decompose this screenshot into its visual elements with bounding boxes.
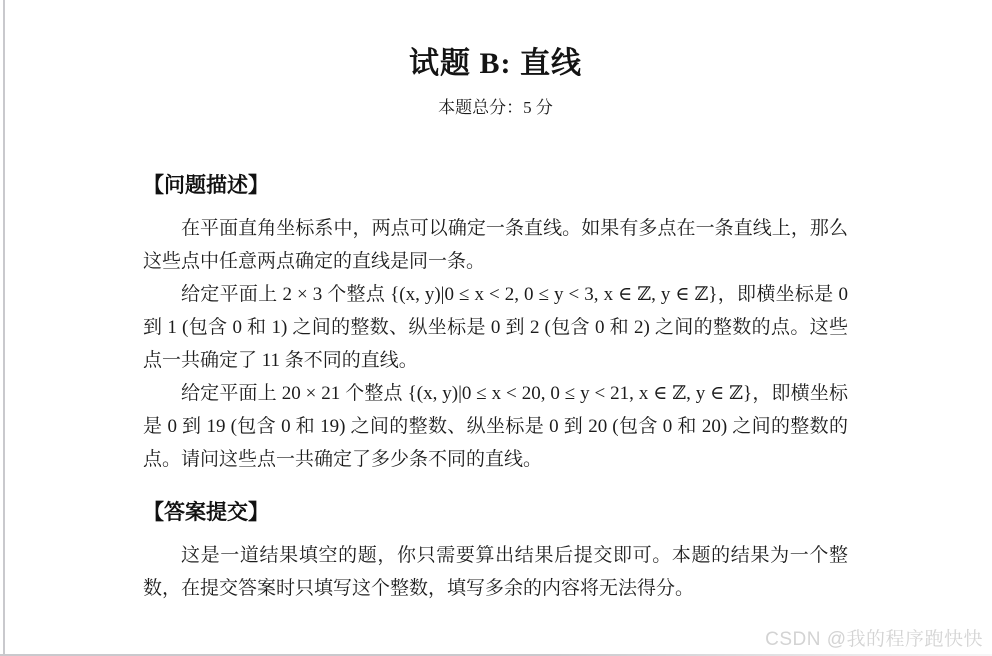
section-heading-problem-description: 【问题描述】 (143, 172, 848, 200)
paragraph-example-2x3-grid: 给定平面上 2 × 3 个整点 {(x, y)|0 ≤ x < 2, 0 ≤ y… (143, 278, 848, 377)
page-left-edge-line (3, 0, 5, 656)
paragraph-question-20x21-grid: 给定平面上 20 × 21 个整点 {(x, y)|0 ≤ x < 20, 0 … (143, 377, 848, 476)
answer-submission-body: 这是一道结果填空的题，你只需要算出结果后提交即可。本题的结果为一个整数，在提交答… (143, 539, 848, 605)
paragraph-submission-instructions: 这是一道结果填空的题，你只需要算出结果后提交即可。本题的结果为一个整数，在提交答… (143, 539, 848, 605)
csdn-watermark: CSDN @我的程序跑快快 (765, 629, 983, 651)
page-subtitle-total-score: 本题总分：5 分 (143, 96, 848, 119)
problem-description-body: 在平面直角坐标系中，两点可以确定一条直线。如果有多点在一条直线上，那么这些点中任… (143, 212, 848, 476)
section-heading-answer-submission: 【答案提交】 (143, 499, 848, 527)
paragraph-two-points-define-line: 在平面直角坐标系中，两点可以确定一条直线。如果有多点在一条直线上，那么这些点中任… (143, 212, 848, 278)
page-title: 试题 B: 直线 (143, 45, 848, 83)
document-page: 试题 B: 直线 本题总分：5 分 【问题描述】 在平面直角坐标系中，两点可以确… (143, 45, 848, 605)
